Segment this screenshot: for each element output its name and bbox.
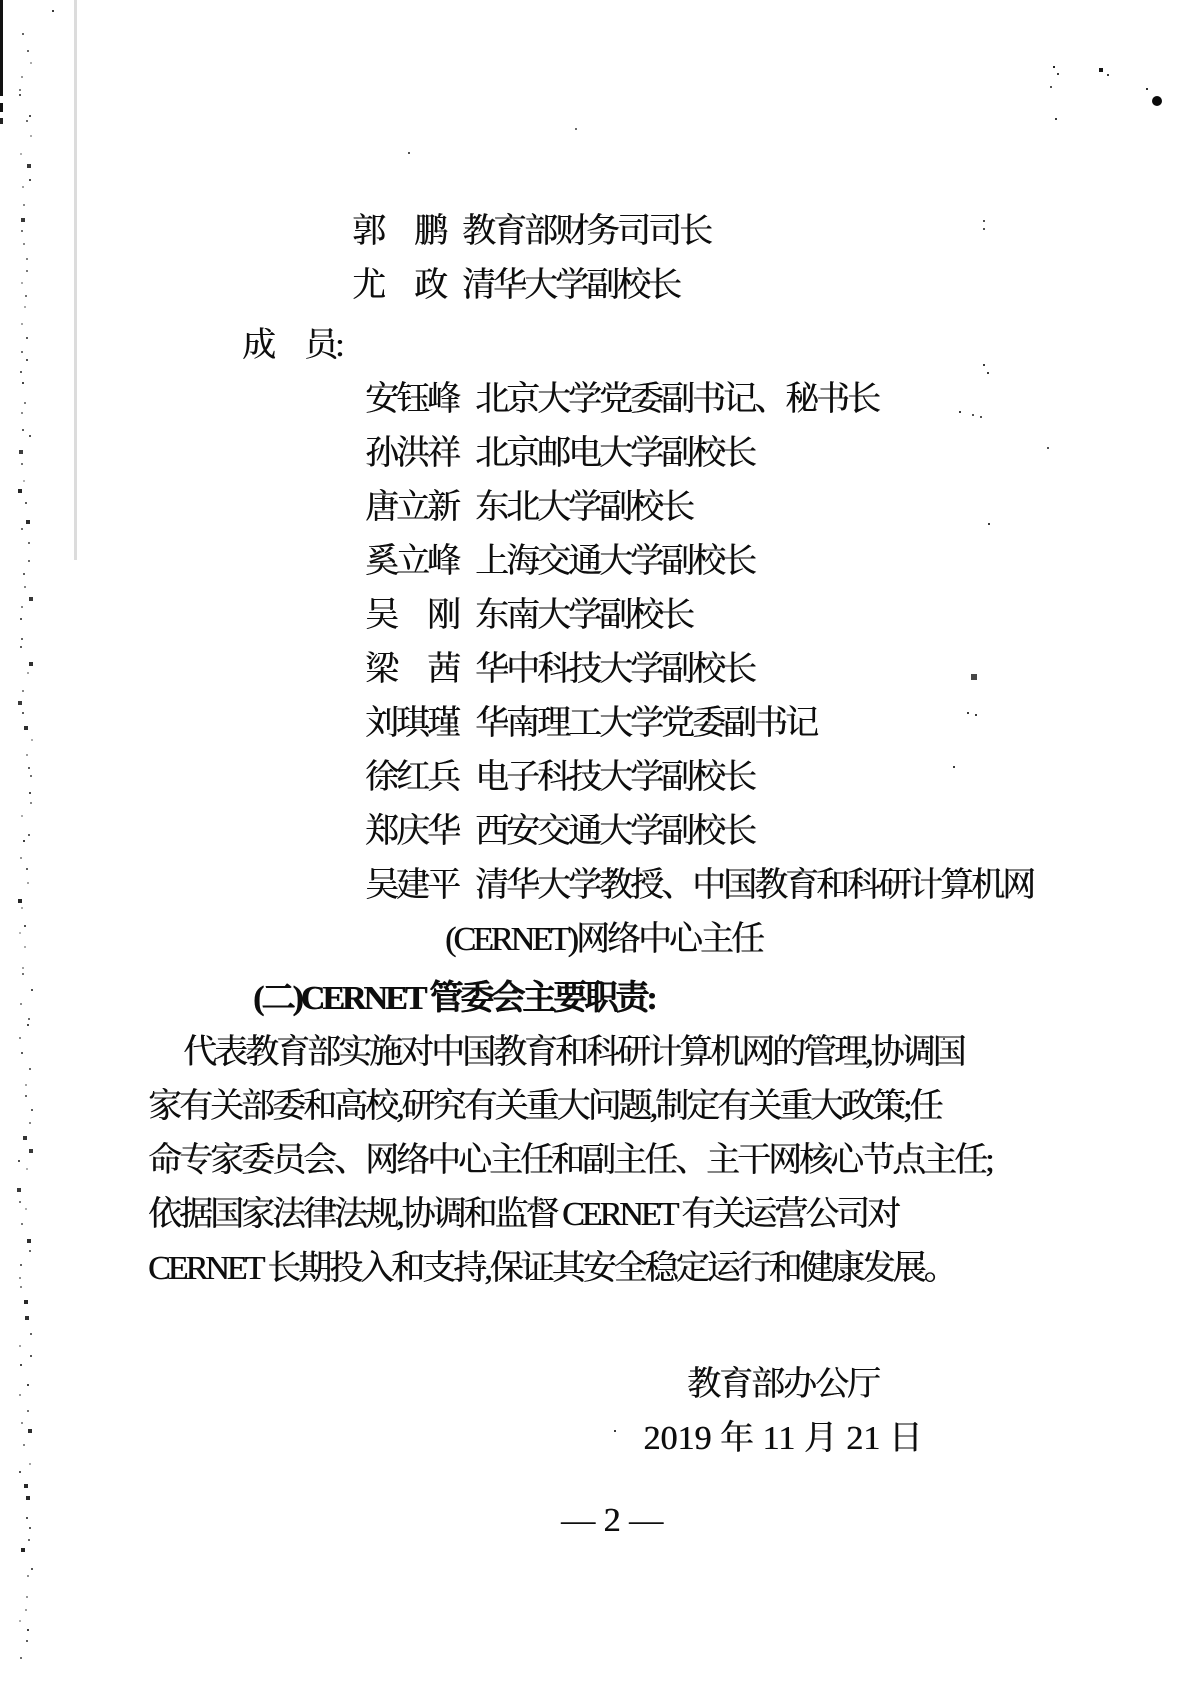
member-row: 吴建平清华大学教授、中国教育和科研计算机网	[365, 859, 1188, 913]
document-content: 郭 鹏教育部财务司司长 尤 政清华大学副校长 成 员: 安钰峰北京大学党委副书记…	[0, 0, 1188, 1548]
member-row: 梁 茜华中科技大学副校长	[365, 643, 1188, 697]
signature-block: 教育部办公厅 2019 年 11 月 21 日	[613, 1358, 953, 1466]
person-name: 安钰峰	[365, 373, 461, 427]
member-row: 吴 刚东南大学副校长	[365, 589, 1188, 643]
members-list: 安钰峰北京大学党委副书记、秘书长 孙洪祥北京邮电大学副校长 唐立新东北大学副校长…	[365, 373, 1188, 967]
paragraph-line: 命专家委员会、网络中心主任和副主任、主干网核心节点主任;	[148, 1134, 1188, 1188]
scanned-document-page: 郭 鹏教育部财务司司长 尤 政清华大学副校长 成 员: 安钰峰北京大学党委副书记…	[0, 0, 1188, 1683]
person-title: 华中科技大学副校长	[475, 651, 754, 688]
paragraph-line: 家有关部委和高校,研究有关重大问题,制定有关重大政策;任	[148, 1080, 1188, 1134]
person-name: 郭 鹏	[352, 205, 448, 259]
member-row: 安钰峰北京大学党委副书记、秘书长	[365, 373, 1188, 427]
person-title: 清华大学副校长	[462, 267, 679, 304]
person-name: 唐立新	[365, 481, 461, 535]
person-name: 尤 政	[352, 259, 448, 313]
person-name: 吴建平	[365, 859, 461, 913]
person-title: 教育部财务司司长	[462, 213, 710, 250]
section-heading: (二)CERNET 管委会主要职责:	[253, 972, 1188, 1026]
leader-row: 尤 政清华大学副校长	[352, 259, 1188, 313]
member-row: 刘琪瑾华南理工大学党委副书记	[365, 697, 1188, 751]
person-name: 梁 茜	[365, 643, 461, 697]
member-row: 郑庆华西安交通大学副校长	[365, 805, 1188, 859]
member-row: 唐立新东北大学副校长	[365, 481, 1188, 535]
person-title: 北京大学党委副书记、秘书长	[475, 381, 878, 418]
member-row: 奚立峰上海交通大学副校长	[365, 535, 1188, 589]
person-name: 刘琪瑾	[365, 697, 461, 751]
person-name: 郑庆华	[365, 805, 461, 859]
person-title: 清华大学教授、中国教育和科研计算机网	[475, 867, 1033, 904]
person-name: 吴 刚	[365, 589, 461, 643]
issuer-name: 教育部办公厅	[613, 1358, 953, 1412]
member-title-continuation: (CERNET)网络中心主任	[445, 913, 1188, 967]
person-title: 上海交通大学副校长	[475, 543, 754, 580]
person-title: 电子科技大学副校长	[475, 759, 754, 796]
duties-paragraph: 代表教育部实施对中国教育和科研计算机网的管理,协调国 家有关部委和高校,研究有关…	[148, 1026, 1188, 1296]
page-number: — 2 —	[18, 1494, 1188, 1548]
deputy-leaders-list: 郭 鹏教育部财务司司长 尤 政清华大学副校长	[352, 205, 1188, 313]
paragraph-line: 代表教育部实施对中国教育和科研计算机网的管理,协调国	[148, 1026, 1188, 1080]
person-title: 北京邮电大学副校长	[475, 435, 754, 472]
member-row: 孙洪祥北京邮电大学副校长	[365, 427, 1188, 481]
member-row: 徐红兵电子科技大学副校长	[365, 751, 1188, 805]
leader-row: 郭 鹏教育部财务司司长	[352, 205, 1188, 259]
person-title: 西安交通大学副校长	[475, 813, 754, 850]
person-name: 孙洪祥	[365, 427, 461, 481]
issue-date: 2019 年 11 月 21 日	[613, 1412, 953, 1466]
paragraph-line: 依据国家法律法规,协调和监督 CERNET 有关运营公司对	[148, 1188, 1188, 1242]
person-title: 华南理工大学党委副书记	[475, 705, 816, 742]
person-title: 东北大学副校长	[475, 489, 692, 526]
person-name: 徐红兵	[365, 751, 461, 805]
members-label: 成 员:	[242, 319, 1188, 373]
person-title: 东南大学副校长	[475, 597, 692, 634]
person-name: 奚立峰	[365, 535, 461, 589]
paragraph-line: CERNET 长期投入和支持,保证其安全稳定运行和健康发展。	[148, 1242, 1188, 1296]
